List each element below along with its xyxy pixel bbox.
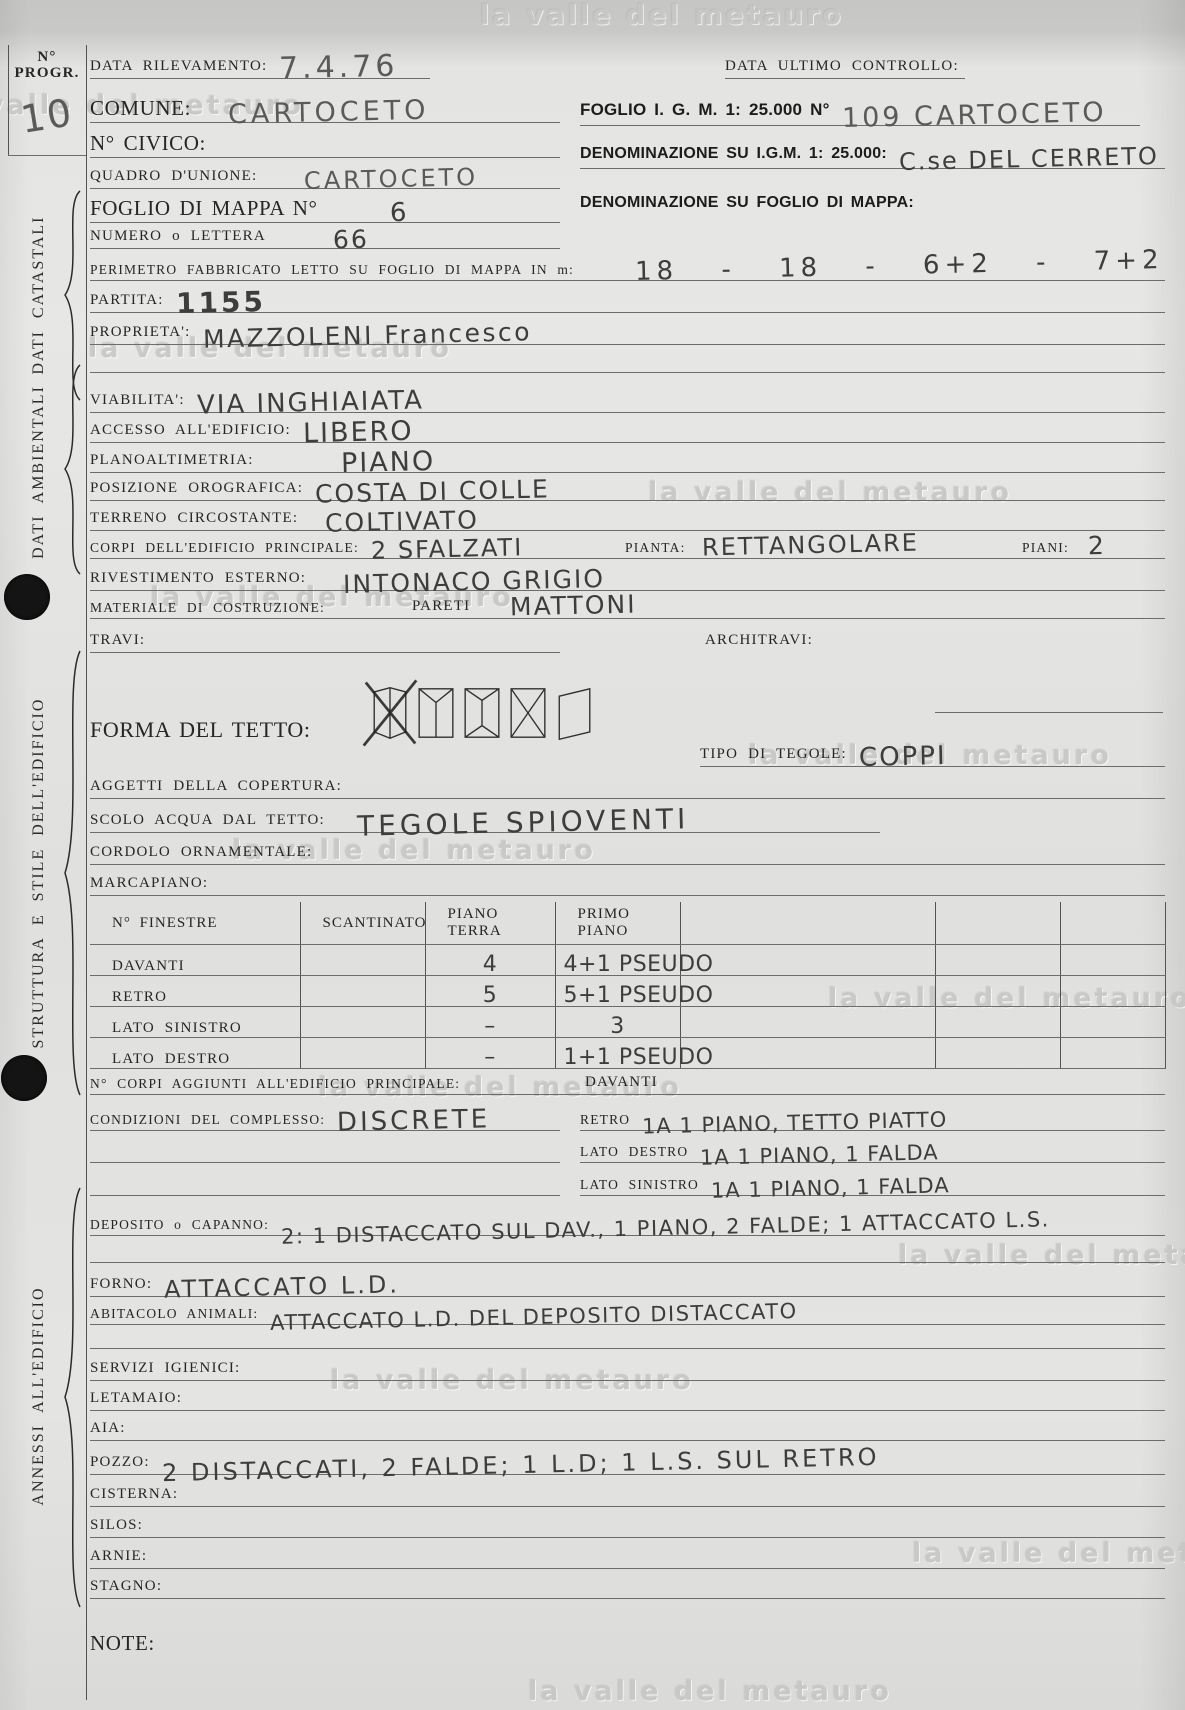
cell-value-handwritten: –	[484, 1045, 496, 1070]
col-header	[680, 902, 935, 945]
field-value-handwritten-piani: 2	[1088, 535, 1106, 558]
brace-struttura-stile	[58, 648, 84, 1098]
brace-annessi	[58, 1185, 84, 1610]
watermark: la valle del metauro	[480, 0, 844, 31]
field-label-piani: PIANI:	[1022, 541, 1069, 558]
margin-section-annessi: ANNESSI ALL'EDIFICIO	[30, 1184, 48, 1608]
field-viabilita: VIABILITA': VIA INGHIAIATA	[90, 384, 1165, 413]
progr-label-line1: N°	[10, 50, 84, 66]
field-value-handwritten: LIBERO	[303, 419, 414, 446]
field-rivestimento: RIVESTIMENTO ESTERNO: INTONACO GRIGIO	[90, 562, 1165, 591]
field-value-handwritten: PIANO	[340, 450, 435, 476]
row-label: RETRO	[90, 976, 300, 1007]
field-label: DEPOSITO o CAPANNO:	[90, 1218, 269, 1235]
field-label: MATERIALE DI COSTRUZIONE:	[90, 601, 325, 618]
field-label: TERRENO CIRCOSTANTE:	[90, 511, 298, 530]
field-label: LATO SINISTRO	[580, 1178, 699, 1195]
field-value-handwritten: MATTONI	[510, 594, 637, 620]
cell-value-handwritten: –	[484, 1014, 496, 1039]
blank-ruled-line	[90, 1164, 560, 1196]
field-label: DATA RILEVAMENTO:	[90, 59, 267, 78]
field-label: FORMA DEL TETTO:	[90, 717, 311, 745]
field-label: POZZO:	[90, 1455, 150, 1474]
field-label: VIABILITA':	[90, 393, 185, 412]
field-value-handwritten: MAZZOLENI Francesco	[202, 321, 531, 351]
col-header: SCANTINATO	[300, 902, 425, 945]
field-data-rilevamento: DATA RILEVAMENTO: 7.4.76	[90, 40, 430, 79]
roof-shape-icons	[370, 686, 594, 740]
field-label: RIVESTIMENTO ESTERNO:	[90, 571, 306, 590]
field-label: FOGLIO DI MAPPA N°	[90, 197, 318, 222]
field-value-handwritten: 1155	[175, 289, 265, 316]
field-numero-lettera: NUMERO o LETTERA 66	[90, 224, 560, 249]
field-value-handwritten: COPPI	[859, 745, 947, 770]
field-value-handwritten: 66	[333, 228, 369, 251]
field-retro-corpo: RETRO 1A 1 PIANO, TETTO PIATTO	[580, 1098, 1165, 1131]
col-header: PRIMO PIANO	[555, 902, 680, 945]
gable-roof-crossed-icon	[370, 686, 410, 740]
field-value-handwritten: 18 - 18 - 6+2 - 7+2	[635, 249, 1164, 284]
field-label: AIA:	[90, 1421, 126, 1440]
cell-value-handwritten: 4	[483, 952, 498, 977]
table-row: RETRO 5 5+1 PSEUDO	[90, 976, 1165, 1007]
field-value-handwritten: 2 SFALZATI	[371, 538, 524, 563]
col-header	[1060, 902, 1165, 945]
field-aia: AIA:	[90, 1414, 1165, 1441]
field-label: FOGLIO I. G. M. 1: 25.000 N°	[580, 100, 830, 125]
field-forma-tetto-label-wrap: FORMA DEL TETTO:	[90, 718, 311, 742]
field-proprieta: PROPRIETA': MAZZOLENI Francesco	[90, 316, 1165, 345]
field-label: PROPRIETA':	[90, 325, 191, 344]
field-label: PARTITA:	[90, 293, 164, 312]
cell-value-handwritten: 5+1 PSEUDO	[564, 983, 714, 1008]
field-cordolo: CORDOLO ORNAMENTALE:	[90, 836, 1165, 865]
field-sublabel-pareti: PARETI	[412, 599, 470, 618]
field-label: TRAVI:	[90, 633, 145, 652]
cell-value-handwritten: 4+1 PSEUDO	[564, 952, 714, 977]
field-label: SCOLO ACQUA DAL TETTO:	[90, 813, 325, 832]
brace-dati-ambientali	[58, 362, 84, 577]
field-value-handwritten: CARTOCETO	[228, 98, 430, 127]
field-value-handwritten: COLTIVATO	[325, 509, 479, 535]
field-label: CISTERNA:	[90, 1487, 178, 1506]
blank-ruled-line	[90, 1132, 560, 1163]
field-value-handwritten: TEGOLE SPIOVENTI	[357, 806, 690, 839]
table-row: LATO SINISTRO – 3	[90, 1007, 1165, 1038]
field-quadro-unione: QUADRO D'UNIONE: CARTOCETO	[90, 160, 560, 189]
field-terreno-circostante: TERRENO CIRCOSTANTE: COLTIVATO	[90, 504, 1165, 531]
field-label: CORDOLO ORNAMENTALE:	[90, 845, 312, 864]
field-value-handwritten: 6	[389, 201, 408, 225]
field-marcapiano: MARCAPIANO:	[90, 868, 1165, 896]
field-label: CONDIZIONI DEL COMPLESSO:	[90, 1113, 325, 1130]
field-tipo-tegole: TIPO DI TEGOLE: COPPI	[700, 736, 1165, 767]
field-label: CORPI DELL'EDIFICIO PRINCIPALE:	[90, 541, 359, 558]
progr-value-handwritten: 10	[8, 93, 86, 138]
field-servizi: SERVIZI IGIENICI:	[90, 1352, 1165, 1381]
row-label: LATO SINISTRO	[90, 1007, 300, 1038]
field-data-ultimo-controllo: DATA ULTIMO CONTROLLO:	[725, 48, 965, 79]
field-label: NOTE:	[90, 1632, 155, 1657]
field-label: NUMERO o LETTERA	[90, 229, 266, 248]
field-label: ARNIE:	[90, 1549, 147, 1568]
field-forno: FORNO: ATTACCATO L.D.	[90, 1268, 1165, 1297]
row-label: LATO DESTRO	[90, 1038, 300, 1069]
field-label: MARCAPIANO:	[90, 876, 208, 895]
hip-roof-icon	[462, 686, 502, 740]
field-label: FORNO:	[90, 1277, 152, 1296]
field-lato-sinistro-corpo: LATO SINISTRO 1A 1 PIANO, 1 FALDA	[580, 1164, 1165, 1196]
field-value-handwritten: 109 CARTOCETO	[841, 101, 1106, 131]
field-label: ARCHITRAVI:	[705, 633, 813, 652]
field-label: AGGETTI DELLA COPERTURA:	[90, 779, 342, 798]
half-hip-roof-icon	[416, 686, 456, 740]
table-row: DAVANTI 4 4+1 PSEUDO	[90, 945, 1165, 976]
col-header: PIANO TERRA	[425, 902, 555, 945]
field-cisterna: CISTERNA:	[90, 1478, 1165, 1507]
field-label: N° CORPI AGGIUNTI ALL'EDIFICIO PRINCIPAL…	[90, 1077, 460, 1094]
field-value-handwritten: 1A 1 PIANO, 1 FALDA	[711, 1176, 950, 1200]
pavilion-roof-icon	[508, 686, 548, 740]
cell-value-handwritten: 1+1 PSEUDO	[564, 1045, 714, 1070]
field-label: N° CIVICO:	[90, 132, 206, 157]
field-label: DENOMINAZIONE SU I.G.M. 1: 25.000:	[580, 145, 887, 168]
field-value-handwritten: 7.4.76	[279, 53, 399, 83]
field-value-handwritten: C.se DEL CERRETO	[899, 146, 1159, 173]
field-denominazione-igm: DENOMINAZIONE SU I.G.M. 1: 25.000: C.se …	[580, 132, 1165, 169]
field-label: SERVIZI IGIENICI:	[90, 1361, 240, 1380]
field-accesso: ACCESSO ALL'EDIFICIO: LIBERO	[90, 414, 1165, 443]
field-letamaio: LETAMAIO:	[90, 1384, 1165, 1411]
blank-ruled-line	[90, 1240, 1165, 1263]
field-abitacolo: ABITACOLO ANIMALI: ATTACCATO L.D. DEL DE…	[90, 1298, 1165, 1325]
field-travi: TRAVI:	[90, 625, 560, 653]
field-architravi: ARCHITRAVI:	[705, 625, 1125, 652]
field-label: STAGNO:	[90, 1579, 162, 1598]
field-label: QUADRO D'UNIONE:	[90, 169, 257, 188]
left-content-rule	[86, 45, 87, 1700]
field-pozzo: POZZO: 2 DISTACCATI, 2 FALDE; 1 L.D; 1 L…	[90, 1444, 1165, 1475]
ruled-line-segment	[935, 712, 1163, 713]
field-foglio-mappa: FOGLIO DI MAPPA N° 6	[90, 190, 560, 223]
progr-label-line2: PROGR.	[10, 66, 84, 82]
field-silos: SILOS:	[90, 1510, 1165, 1538]
margin-section-dati-ambientali: DATI AMBIENTALI	[30, 366, 48, 578]
progr-box: N° PROGR. 10	[10, 50, 84, 130]
field-label-pianta: PIANTA:	[625, 541, 686, 558]
col-header: N° FINESTRE	[90, 902, 300, 945]
field-value-handwritten: DISCRETE	[337, 1108, 491, 1135]
field-value-handwritten-pianta: RETTANGOLARE	[702, 533, 919, 561]
field-label: DENOMINAZIONE SU FOGLIO DI MAPPA:	[580, 194, 914, 212]
field-label: PLANOALTIMETRIA:	[90, 453, 254, 472]
scanned-cadastral-form: la valle del metauro la valle del metaur…	[0, 0, 1185, 1710]
table-row: LATO DESTRO – 1+1 PSEUDO	[90, 1038, 1165, 1069]
field-n-civico: N° CIVICO:	[90, 124, 560, 158]
field-davanti-label: DAVANTI	[585, 1075, 658, 1094]
field-materiale: MATERIALE DI COSTRUZIONE: PARETI MATTONI	[90, 592, 1165, 619]
field-posizione-orografica: POSIZIONE OROGRAFICA: COSTA DI COLLE	[90, 474, 1165, 501]
field-label: DATA ULTIMO CONTROLLO:	[725, 59, 959, 78]
field-foglio-igm: FOGLIO I. G. M. 1: 25.000 N° 109 CARTOCE…	[580, 86, 1140, 126]
field-label: ACCESSO ALL'EDIFICIO:	[90, 423, 291, 442]
blank-ruled-line	[90, 348, 1165, 373]
field-comune: COMUNE: CARTOCETO	[90, 88, 560, 123]
field-scolo-acqua: SCOLO ACQUA DAL TETTO: TEGOLE SPIOVENTI	[90, 802, 880, 833]
field-label: ABITACOLO ANIMALI:	[90, 1307, 258, 1324]
field-partita: PARTITA: 1155	[90, 284, 1165, 313]
field-label: PERIMETRO FABBRICATO LETTO SU FOGLIO DI …	[90, 263, 574, 280]
field-label: POSIZIONE OROGRAFICA:	[90, 481, 303, 500]
field-label: LATO DESTRO	[580, 1145, 688, 1162]
field-lato-destro-corpo: LATO DESTRO 1A 1 PIANO, 1 FALDA	[580, 1132, 1165, 1163]
field-arnie: ARNIE:	[90, 1541, 1165, 1569]
finestre-table: N° FINESTRE SCANTINATO PIANO TERRA PRIMO…	[90, 902, 1166, 1069]
field-value-handwritten: COSTA DI COLLE	[315, 478, 550, 506]
field-corpi-aggiunti: N° CORPI AGGIUNTI ALL'EDIFICIO PRINCIPAL…	[90, 1068, 1165, 1095]
field-corpi-principale: CORPI DELL'EDIFICIO PRINCIPALE: 2 SFALZA…	[90, 532, 1165, 559]
field-condizioni: CONDIZIONI DEL COMPLESSO: DISCRETE	[90, 1098, 560, 1131]
field-note: NOTE:	[90, 1625, 1165, 1657]
field-label: TIPO DI TEGOLE:	[700, 747, 847, 766]
blank-ruled-line	[90, 1328, 1165, 1349]
progr-box-left-rule	[8, 45, 9, 155]
row-label: DAVANTI	[90, 945, 300, 976]
cell-value-handwritten: 5	[483, 983, 498, 1008]
col-header	[935, 902, 1060, 945]
field-label: SILOS:	[90, 1518, 143, 1537]
progr-box-bottom-rule	[8, 155, 86, 156]
field-perimetro: PERIMETRO FABBRICATO LETTO SU FOGLIO DI …	[90, 252, 1165, 281]
shed-roof-icon	[554, 686, 594, 740]
hole-punch-top	[4, 574, 50, 620]
table-header-row: N° FINESTRE SCANTINATO PIANO TERRA PRIMO…	[90, 902, 1165, 945]
field-deposito: DEPOSITO o CAPANNO: 2: 1 DISTACCATO SUL …	[90, 1205, 1165, 1236]
field-planoaltimetria: PLANOALTIMETRIA: PIANO	[90, 444, 1165, 473]
field-stagno: STAGNO:	[90, 1572, 1165, 1599]
margin-section-struttura-stile: STRUTTURA E STILE DELL'EDIFICIO	[30, 648, 48, 1098]
cell-value-handwritten: 3	[610, 1014, 625, 1039]
field-denominazione-mappa: DENOMINAZIONE SU FOGLIO DI MAPPA:	[580, 186, 1165, 212]
field-label: LETAMAIO:	[90, 1391, 182, 1410]
watermark: la valle del metauro	[528, 1676, 892, 1707]
field-label: RETRO	[580, 1113, 630, 1130]
field-aggetti: AGGETTI DELLA COPERTURA:	[90, 770, 1165, 799]
field-label: COMUNE:	[90, 97, 191, 122]
